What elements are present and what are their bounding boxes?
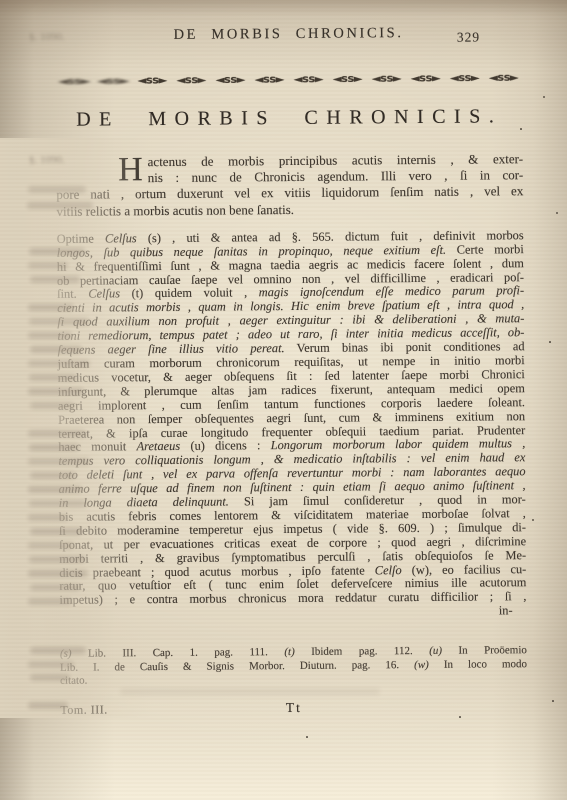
opening-lines: actenus de morbis principibus acutis int… (148, 151, 524, 186)
dust-speck (556, 212, 558, 214)
dust-speck (543, 96, 545, 98)
footnotes: (s) Lib. III. Cap. 1. pag. 111. (t) Ibid… (60, 644, 527, 688)
ornament-row: ◄ss►◄ss►◄ss►◄ss►◄ss►◄ss►◄ss►◄ss►◄ss►◄ss►… (55, 70, 522, 89)
dust-speck (459, 716, 461, 718)
fleuron-ornament-icon: ◄ss► (411, 72, 440, 86)
fleuron-ornament-icon: ◄ss► (58, 75, 90, 87)
dust-speck (552, 700, 554, 702)
volume-label: Tom. III. (60, 702, 107, 717)
page-number: 329 (457, 29, 480, 45)
chapter-title: DE MORBIS CHRONICIS. (56, 105, 523, 133)
fleuron-ornament-icon: ◄ss► (97, 75, 129, 87)
drop-cap: H (118, 154, 148, 187)
gathering-signature: Tt (60, 698, 527, 718)
fleuron-ornament-icon: ◄ss► (372, 72, 401, 86)
fleuron-ornament-icon: ◄ss► (137, 74, 166, 88)
dust-speck (532, 519, 534, 521)
body-paragraph: Optime Celſus (s) , uti & antea ad §. 56… (57, 229, 527, 608)
running-head: DE MORBIS CHRONICIS. 329 (55, 24, 522, 46)
dust-speck (306, 736, 308, 738)
fleuron-ornament-icon: ◄ss► (450, 71, 479, 85)
running-title: DE MORBIS CHRONICIS. (55, 24, 522, 45)
fleuron-ornament-icon: ◄ss► (216, 73, 245, 87)
dust-speck (549, 341, 551, 343)
opening-lines-continued: pore nati , ortum duxerunt vel ex vitiis… (56, 184, 523, 220)
fleuron-ornament-icon: ◄ss► (489, 71, 518, 85)
fleuron-ornament-icon: ◄ss► (333, 72, 362, 86)
page-content: DE MORBIS CHRONICIS. 329 ◄ss►◄ss►◄ss►◄ss… (55, 24, 527, 718)
text-line: vitiis relictis a morbis acutis non bene… (56, 200, 523, 220)
fleuron-ornament-icon: ◄ss► (294, 72, 323, 86)
fleuron-ornament-icon: ◄ss► (177, 73, 206, 87)
scanned-book-page: DE MORBIS CHRONICIS. 329 ◄ss►◄ss►◄ss►◄ss… (0, 0, 567, 800)
opening-paragraph: H actenus de morbis principibus acutis i… (56, 151, 523, 219)
paragraph-opening: H actenus de morbis principibus acutis i… (56, 151, 523, 187)
fleuron-ornament-icon: ◄ss► (255, 73, 284, 87)
signature-row: Tom. III. Tt (60, 698, 527, 718)
